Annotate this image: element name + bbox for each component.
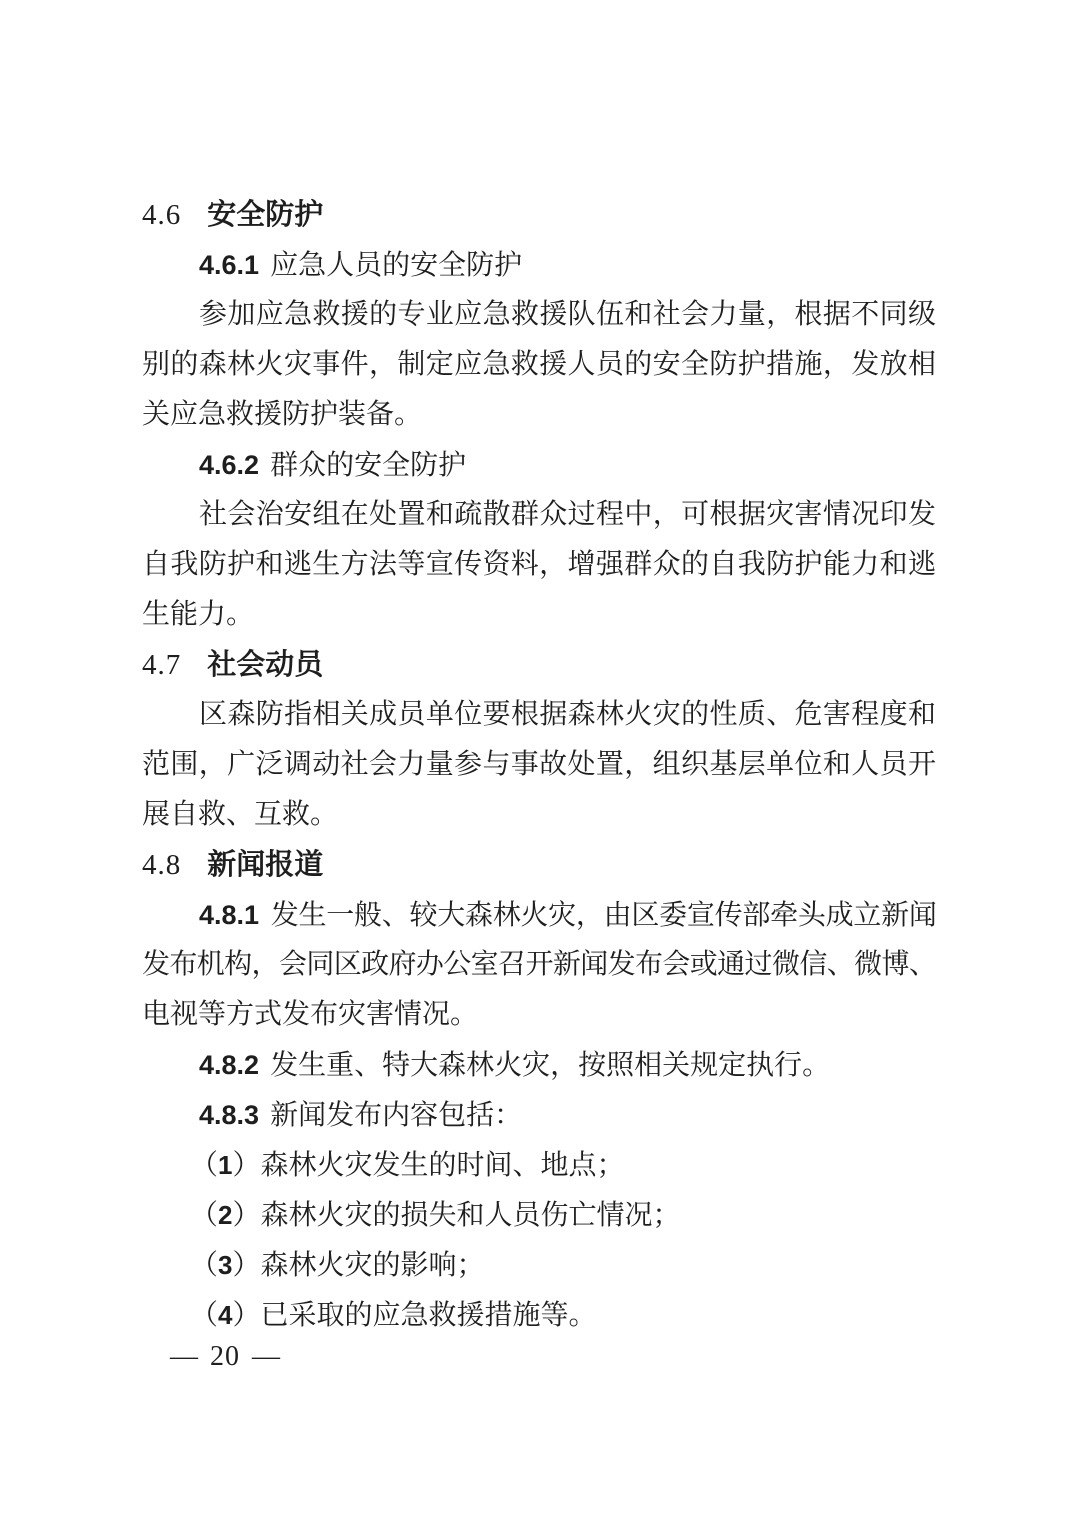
body-line: 区森防指相关成员单位要根据森林火灾的性质、危害程度和 [142,690,936,740]
body-line: 自我防护和逃生方法等宣传资料，增强群众的自我防护能力和逃 [142,540,936,590]
body-line: 关应急救援防护装备。 [142,390,936,440]
list-text: 森林火灾发生的时间、地点； [261,1150,625,1181]
list-line: （1）森林火灾发生的时间、地点； [142,1140,936,1190]
section-number: 4.6 [142,199,181,231]
list-line: （3）森林火灾的影响； [142,1240,936,1290]
clause-text: 发生重、特大森林火灾，按照相关规定执行。 [270,1050,830,1081]
body-text: 展自救、互救。 [142,799,338,830]
section-title: 社会动员 [207,649,323,681]
heading-line: 4.6安全防护 [142,190,936,240]
clause-text: 新闻发布内容包括： [270,1100,522,1131]
body-line: 电视等方式发布灾害情况。 [142,990,936,1040]
body-text: 电视等方式发布灾害情况。 [142,999,478,1030]
numbered-line: 4.8.1发生一般、较大森林火灾，由区委宣传部牵头成立新闻 [142,890,936,940]
body-text: 关应急救援防护装备。 [142,399,422,430]
section-number: 4.8 [142,849,181,881]
body-line: 范围，广泛调动社会力量参与事故处置，组织基层单位和人员开 [142,740,936,790]
list-text: 森林火灾的损失和人员伤亡情况； [261,1200,681,1231]
list-bracket-close: ） [232,1200,260,1231]
section-number: 4.7 [142,649,181,681]
body-text: 自我防护和逃生方法等宣传资料，增强群众的自我防护能力和逃 [142,549,936,580]
body-text: 发布机构，会同区政府办公室召开新闻发布会或通过微信、微博、 [142,949,936,980]
numbered-line: 4.8.3新闻发布内容包括： [142,1090,936,1140]
list-bracket-close: ） [232,1250,260,1281]
list-text: 已采取的应急救援措施等。 [261,1300,597,1331]
body-text: 别的森林火灾事件，制定应急救援人员的安全防护措施，发放相 [142,349,936,380]
body-line: 社会治安组在处置和疏散群众过程中，可根据灾害情况印发 [142,490,936,540]
clause-text: 群众的安全防护 [270,450,466,481]
body-line: 生能力。 [142,590,936,640]
clause-number: 4.8.2 [199,1050,259,1080]
body-line: 展自救、互救。 [142,790,936,840]
body-text: 区森防指相关成员单位要根据森林火灾的性质、危害程度和 [199,699,936,730]
list-bracket-close: ） [232,1300,260,1331]
numbered-line: 4.6.1应急人员的安全防护 [142,240,936,290]
list-bracket-open: （ [190,1150,218,1181]
footer-dash-left: — [170,1341,198,1372]
list-number: 2 [218,1200,232,1230]
section-title: 安全防护 [207,199,323,231]
list-text: 森林火灾的影响； [261,1250,485,1281]
numbered-line: 4.6.2群众的安全防护 [142,440,936,490]
list-line: （2）森林火灾的损失和人员伤亡情况； [142,1190,936,1240]
document-page: { "page": { "background": "#ffffff", "te… [0,0,1074,1520]
body-line: 别的森林火灾事件，制定应急救援人员的安全防护措施，发放相 [142,340,936,390]
list-number: 3 [218,1250,232,1280]
numbered-line: 4.8.2发生重、特大森林火灾，按照相关规定执行。 [142,1040,936,1090]
document-lines: 4.6安全防护4.6.1应急人员的安全防护参加应急救援的专业应急救援队伍和社会力… [142,190,936,1340]
heading-line: 4.8新闻报道 [142,840,936,890]
list-number: 1 [218,1150,232,1180]
list-number: 4 [218,1300,232,1330]
footer-dash-right: — [252,1341,280,1372]
body-text: 参加应急救援的专业应急救援队伍和社会力量，根据不同级 [199,299,936,330]
list-bracket-open: （ [190,1250,218,1281]
body-line: 发布机构，会同区政府办公室召开新闻发布会或通过微信、微博、 [142,940,936,990]
list-bracket-close: ） [232,1150,260,1181]
clause-number: 4.6.2 [199,450,259,480]
list-bracket-open: （ [190,1200,218,1231]
clause-number: 4.6.1 [199,250,259,280]
page-number: 20 [210,1341,240,1372]
section-title: 新闻报道 [207,849,323,881]
body-line: 参加应急救援的专业应急救援队伍和社会力量，根据不同级 [142,290,936,340]
clause-number: 4.8.1 [199,900,259,930]
list-bracket-open: （ [190,1300,218,1331]
body-text: 生能力。 [142,599,254,630]
clause-text: 发生一般、较大森林火灾，由区委宣传部牵头成立新闻 [270,900,936,931]
clause-number: 4.8.3 [199,1100,259,1130]
body-text: 社会治安组在处置和疏散群众过程中，可根据灾害情况印发 [199,499,936,530]
clause-text: 应急人员的安全防护 [270,250,522,281]
heading-line: 4.7社会动员 [142,640,936,690]
page-footer: —20— [170,1332,280,1382]
body-text: 范围，广泛调动社会力量参与事故处置，组织基层单位和人员开 [142,749,936,780]
